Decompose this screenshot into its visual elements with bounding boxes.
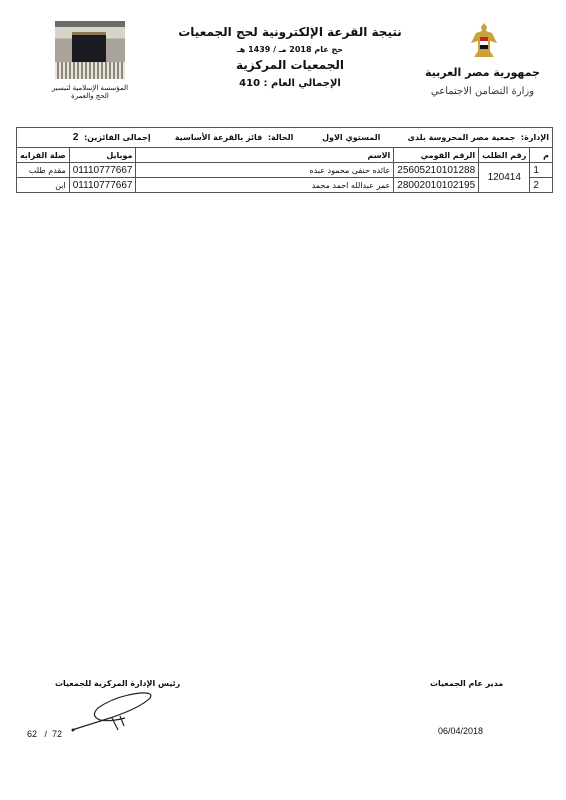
col-national-id: الرقم القومي [394,148,479,163]
col-relation: صلة القرابه [17,148,70,163]
winners-label: إجمالى الفائزين: [84,133,151,142]
general-manager-signature-label: مدير عام الجمعيات [430,679,503,688]
page-subtitle: حج عام 2018 مـ / 1439 هـ [170,45,410,54]
status-value: فائز بالقرعة الأساسية [175,133,262,142]
relation: مقدم طلب [17,163,70,178]
member-name: عائده حنفى محمود عبده [136,163,394,178]
page-title: نتيجة القرعة الإلكترونية لحج الجمعيات [170,25,410,39]
winners-info: إجمالى الفائزين: 2 [31,132,151,143]
status-label: الحالة: [268,133,294,142]
col-mobile: موبايل [69,148,136,163]
col-index: م [530,148,553,163]
signature-icon [70,690,160,735]
row-index: 1 [530,163,553,178]
country-name: جمهورية مصر العربية [425,66,540,79]
kaaba-icon [72,32,106,63]
request-number: 120414 [479,163,530,193]
admin-value: جمعية مصر المحروسة بلدى [408,133,516,142]
col-request-no: رقم الطلب [479,148,530,163]
info-row: الإدارة: جمعية مصر المحروسة بلدى المستوي… [17,128,553,148]
table-row: 1 120414 25605210101288 عائده حنفى محمود… [17,163,553,178]
national-id: 25605210101288 [394,163,479,178]
central-admin-signature-label: رئيس الإدارة المركزية للجمعيات [55,679,180,688]
page-number: 62 / 72 [27,729,62,739]
egypt-eagle-icon [470,21,498,59]
col-name: الاسم [136,148,394,163]
level-info: المستوي الاول [296,133,406,142]
mobile: 01110777667 [69,163,136,178]
group-title: الجمعيات المركزية [170,58,410,72]
association-caption: المؤسسة الإسلامية لتيسير الحج والعمرة [50,84,130,100]
column-header-row: م رقم الطلب الرقم القومي الاسم موبايل صل… [17,148,553,163]
status-info: الحالة: فائز بالقرعة الأساسية [153,133,293,142]
national-id: 28002010102195 [394,178,479,193]
ministry-name: وزارة التضامن الاجتماعي [425,86,540,97]
grand-total: الإجمالي العام : 410 [170,78,410,89]
admin-label: الإدارة: [521,133,549,142]
print-date: 06/04/2018 [438,726,483,736]
relation: ابن [17,178,70,193]
member-name: عمر عبدالله احمد محمد [136,178,394,193]
winners-count: 2 [73,132,79,143]
association-logo: المؤسسة الإسلامية لتيسير الحج والعمرة [50,18,130,102]
ministry-logo: جمهورية مصر العربية وزارة التضامن الاجتم… [425,18,540,108]
table-row: 2 28002010102195 عمر عبدالله احمد محمد 0… [17,178,553,193]
mobile: 01110777667 [69,178,136,193]
crowd-decoration [55,62,125,79]
results-table: الإدارة: جمعية مصر المحروسة بلدى المستوي… [16,127,553,193]
admin-info: الإدارة: جمعية مصر المحروسة بلدى [409,133,549,142]
row-index: 2 [530,178,553,193]
